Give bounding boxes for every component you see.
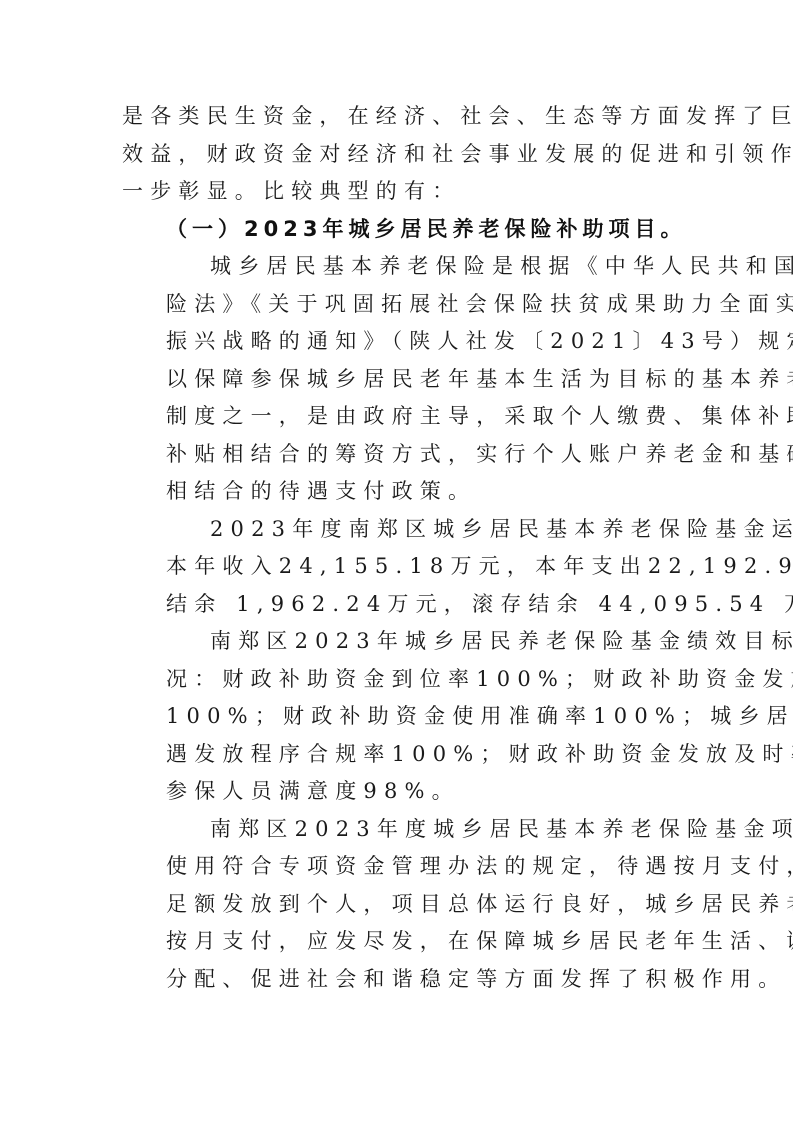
- text-line: 效益，财政资金对经济和社会事业发展的促进和引领作用进: [122, 136, 678, 174]
- text-line: 南郑区2023年度城乡居民基本养老保险基金项目资金: [122, 811, 678, 849]
- text-line: 100%；财政补助资金使用准确率100%；城乡居民养老保险待: [122, 698, 678, 736]
- fund-operation-paragraph: 2023年度南郑区城乡居民基本养老保险基金运行情况： 本年收入24,155.18…: [122, 511, 678, 624]
- text-line: 一步彰显。比较典型的有：: [122, 173, 678, 211]
- text-line: 况：财政补助资金到位率100%；财政补助资金发放足额率: [122, 661, 678, 699]
- text-line: 南郑区2023年城乡居民养老保险基金绩效目标完成情: [122, 623, 678, 661]
- heading-text: （一）2023年城乡居民养老保险补助项目。: [122, 211, 678, 249]
- text-line: 遇发放程序合规率100%；财政补助资金发放及时率100%；: [122, 736, 678, 774]
- policy-background-paragraph: 城乡居民基本养老保险是根据《中华人民共和国社会保 险法》《关于巩固拓展社会保险扶…: [122, 248, 678, 511]
- text-line: 使用符合专项资金管理办法的规定，待遇按月支付，及时、: [122, 848, 678, 886]
- text-line: 足额发放到个人，项目总体运行良好，城乡居民养老金实现: [122, 886, 678, 924]
- text-line: 分配、促进社会和谐稳定等方面发挥了积极作用。: [122, 961, 678, 999]
- intro-continuation-paragraph: 是各类民生资金，在经济、社会、生态等方面发挥了巨大的 效益，财政资金对经济和社会…: [122, 98, 678, 211]
- text-line: 制度之一，是由政府主导，采取个人缴费、集体补助、政府: [122, 398, 678, 436]
- text-line: 本年收入24,155.18万元，本年支出22,192.95万元，本年: [122, 548, 678, 586]
- text-line: 振兴战略的通知》（陕人社发〔2021〕43号）规定，建立的: [122, 323, 678, 361]
- conclusion-paragraph: 南郑区2023年度城乡居民基本养老保险基金项目资金 使用符合专项资金管理办法的规…: [122, 811, 678, 999]
- text-line: 按月支付，应发尽发，在保障城乡居民老年生活、调节收入: [122, 923, 678, 961]
- text-line: 险法》《关于巩固拓展社会保险扶贫成果助力全面实施乡村: [122, 286, 678, 324]
- performance-targets-paragraph: 南郑区2023年城乡居民养老保险基金绩效目标完成情 况：财政补助资金到位率100…: [122, 623, 678, 811]
- text-line: 相结合的待遇支付政策。: [122, 473, 678, 511]
- text-line: 参保人员满意度98%。: [122, 773, 678, 811]
- document-page: 是各类民生资金，在经济、社会、生态等方面发挥了巨大的 效益，财政资金对经济和社会…: [122, 98, 678, 998]
- section-heading: （一）2023年城乡居民养老保险补助项目。: [122, 211, 678, 249]
- text-line: 2023年度南郑区城乡居民基本养老保险基金运行情况：: [122, 511, 678, 549]
- text-line: 是各类民生资金，在经济、社会、生态等方面发挥了巨大的: [122, 98, 678, 136]
- text-line: 结余 1,962.24万元，滚存结余 44,095.54 万元。: [122, 586, 678, 624]
- text-line: 补贴相结合的筹资方式，实行个人账户养老金和基础养老金: [122, 436, 678, 474]
- text-line: 以保障参保城乡居民老年基本生活为目标的基本养老保险: [122, 361, 678, 399]
- text-line: 城乡居民基本养老保险是根据《中华人民共和国社会保: [122, 248, 678, 286]
